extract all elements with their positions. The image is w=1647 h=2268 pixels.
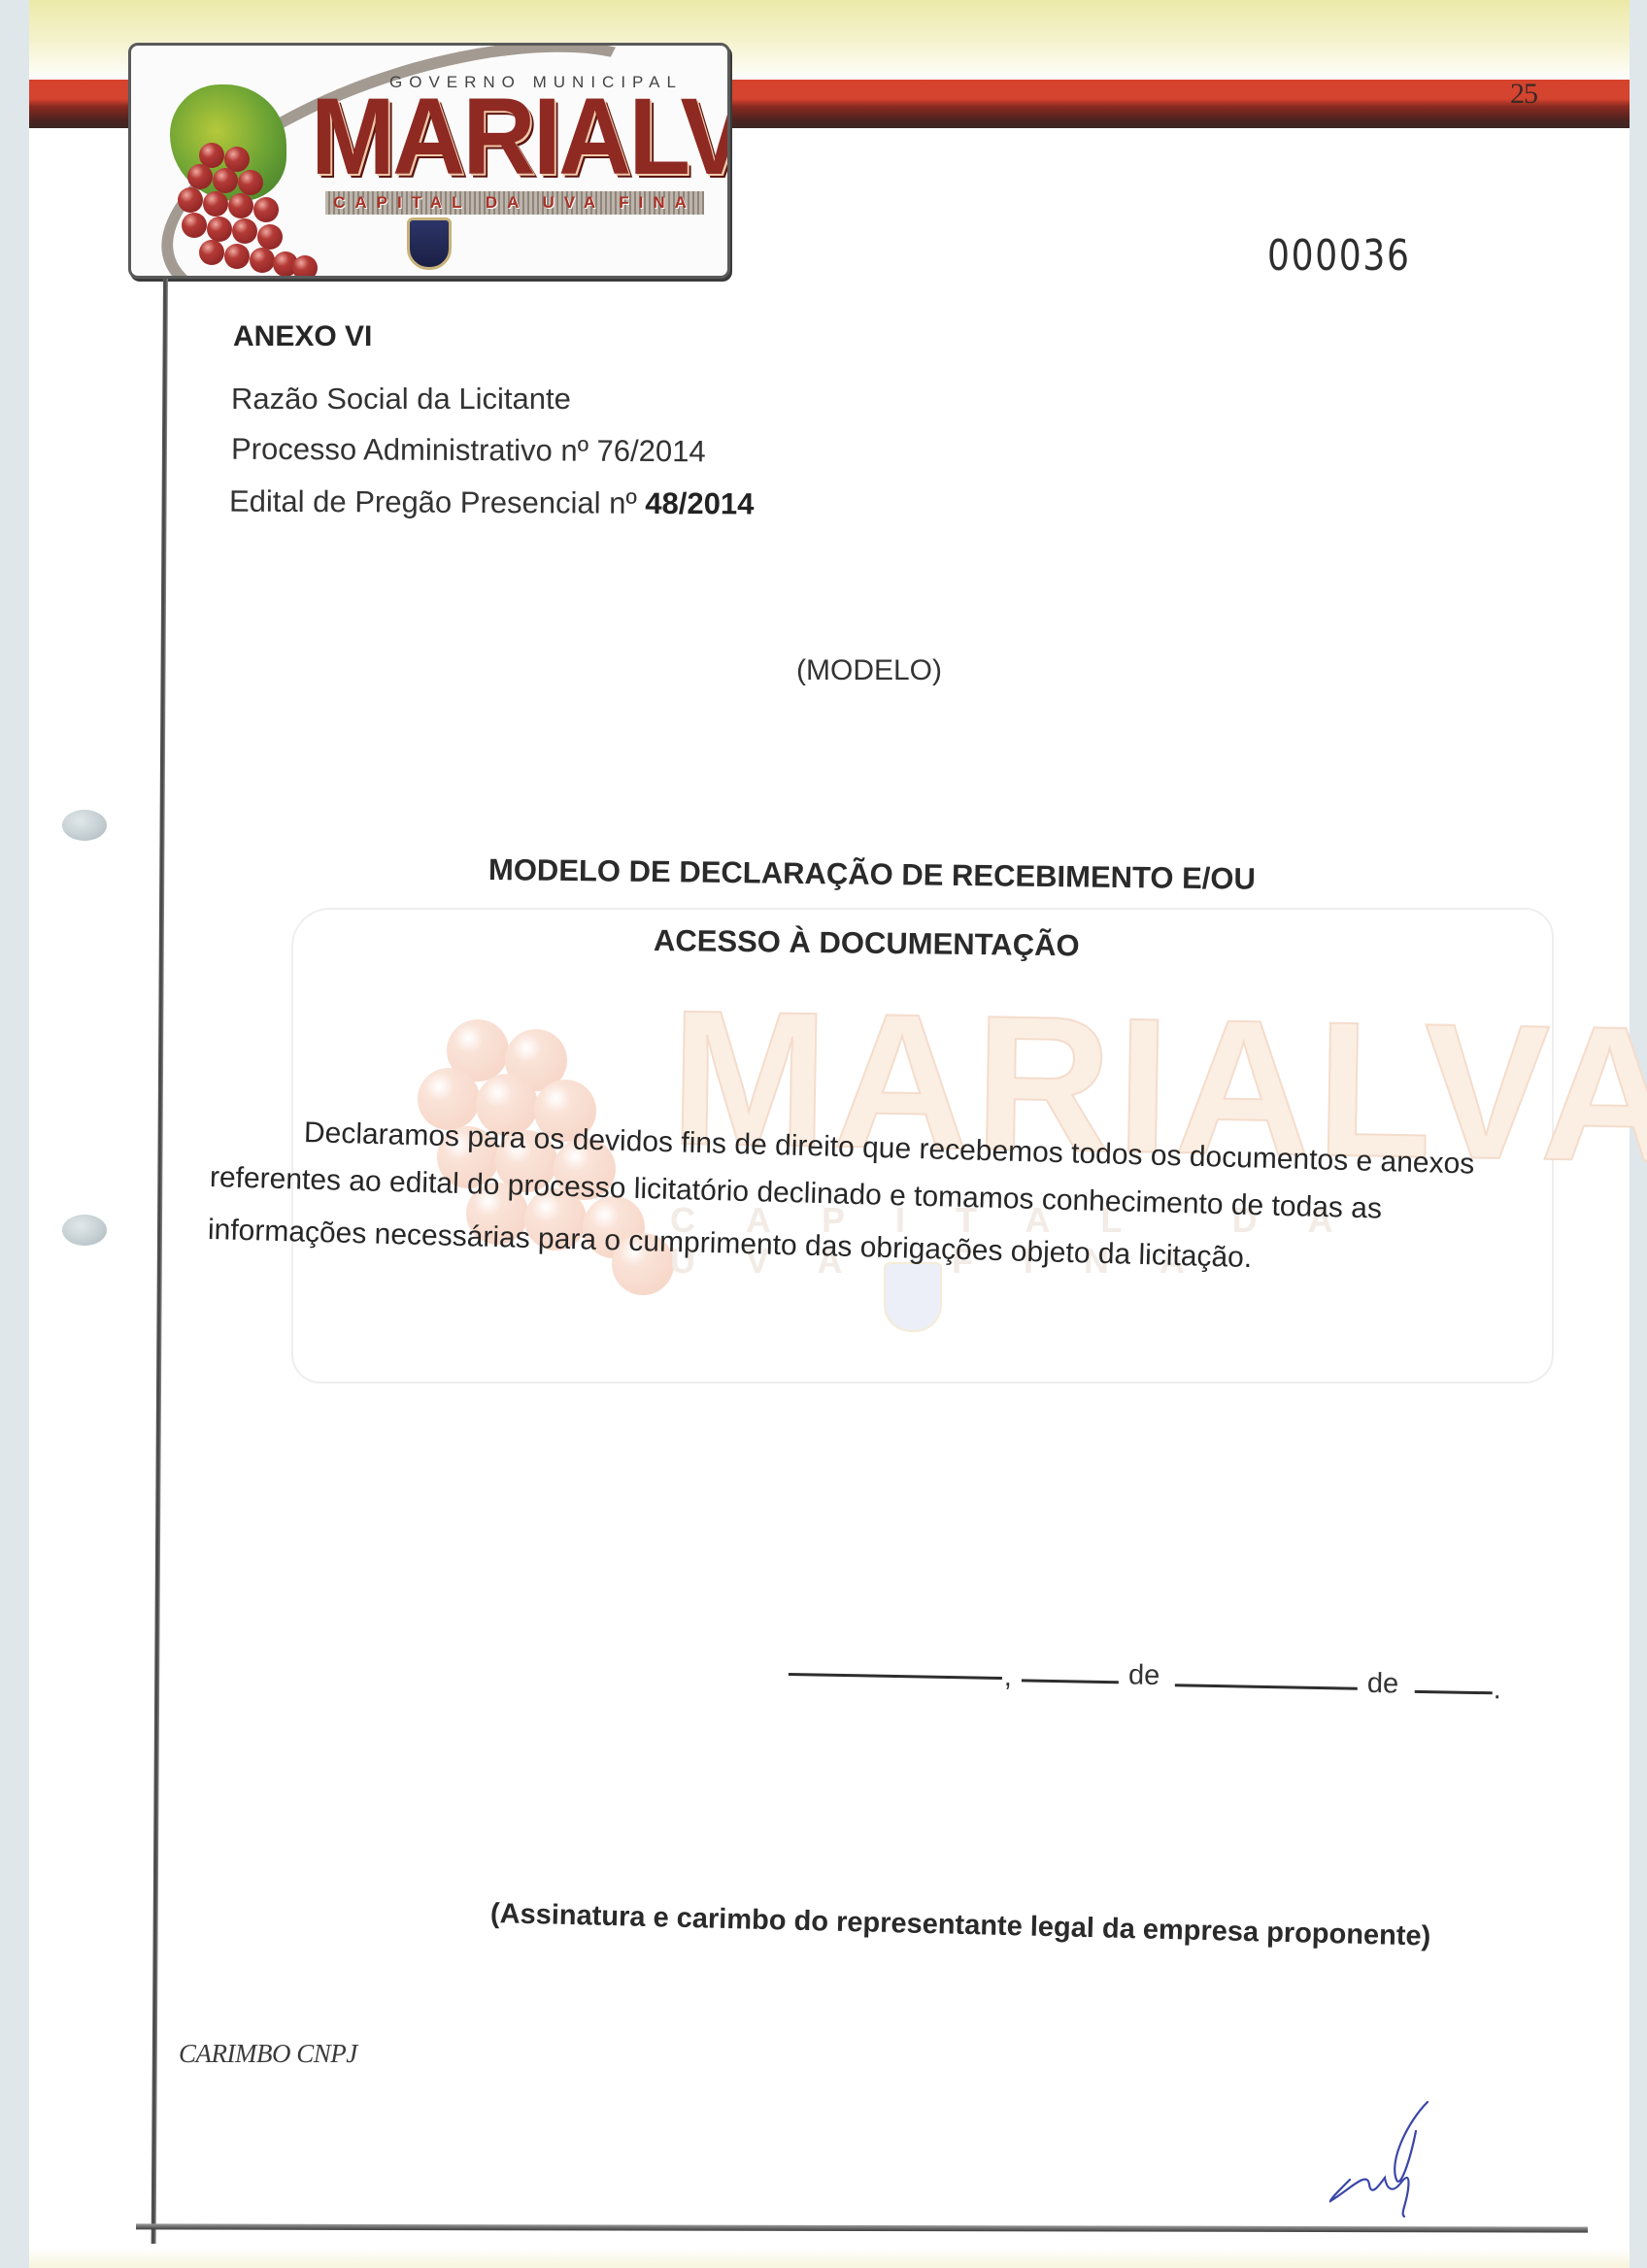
handwritten-signature-icon <box>1311 2092 1447 2218</box>
cnpj-stamp-label: CARIMBO CNPJ <box>179 2039 357 2069</box>
day-blank <box>1022 1679 1119 1684</box>
model-label: (MODELO) <box>796 654 942 687</box>
year-blank <box>1415 1690 1493 1694</box>
edital-prefix: Edital de Pregão Presencial nº <box>229 484 646 520</box>
process-number: Processo Administrativo nº 76/2014 <box>231 432 706 470</box>
municipal-logo: GOVERNO MUNICIPAL MARIALVA CAPITAL DA UV… <box>128 43 730 279</box>
coat-of-arms-icon <box>407 217 452 270</box>
declaration-title-line2: ACESSO À DOCUMENTAÇÃO <box>654 923 1080 963</box>
logo-slogan: CAPITAL DA UVA FINA <box>325 191 704 215</box>
page-number: 25 <box>1510 78 1537 111</box>
period: . <box>1493 1674 1501 1706</box>
document-number-stamp: 000036 <box>1267 231 1411 281</box>
page-bottom-tint <box>29 2249 1630 2268</box>
comma: , <box>1004 1661 1013 1693</box>
watermark-crest-icon <box>884 1262 942 1332</box>
logo-city-name: MARIALVA <box>311 83 730 191</box>
city-blank <box>789 1673 1002 1680</box>
de-label: de <box>1367 1668 1399 1701</box>
grape-bunch-icon <box>170 143 296 279</box>
annex-heading: ANEXO VI <box>233 320 372 353</box>
punch-hole-icon <box>62 1215 107 1246</box>
month-blank <box>1175 1684 1358 1689</box>
punch-hole-icon <box>62 810 107 841</box>
company-name-label: Razão Social da Licitante <box>231 382 571 417</box>
edital-value: 48/2014 <box>645 486 754 521</box>
edital-number: Edital de Pregão Presencial nº 48/2014 <box>229 484 755 522</box>
de-label: de <box>1128 1659 1160 1692</box>
